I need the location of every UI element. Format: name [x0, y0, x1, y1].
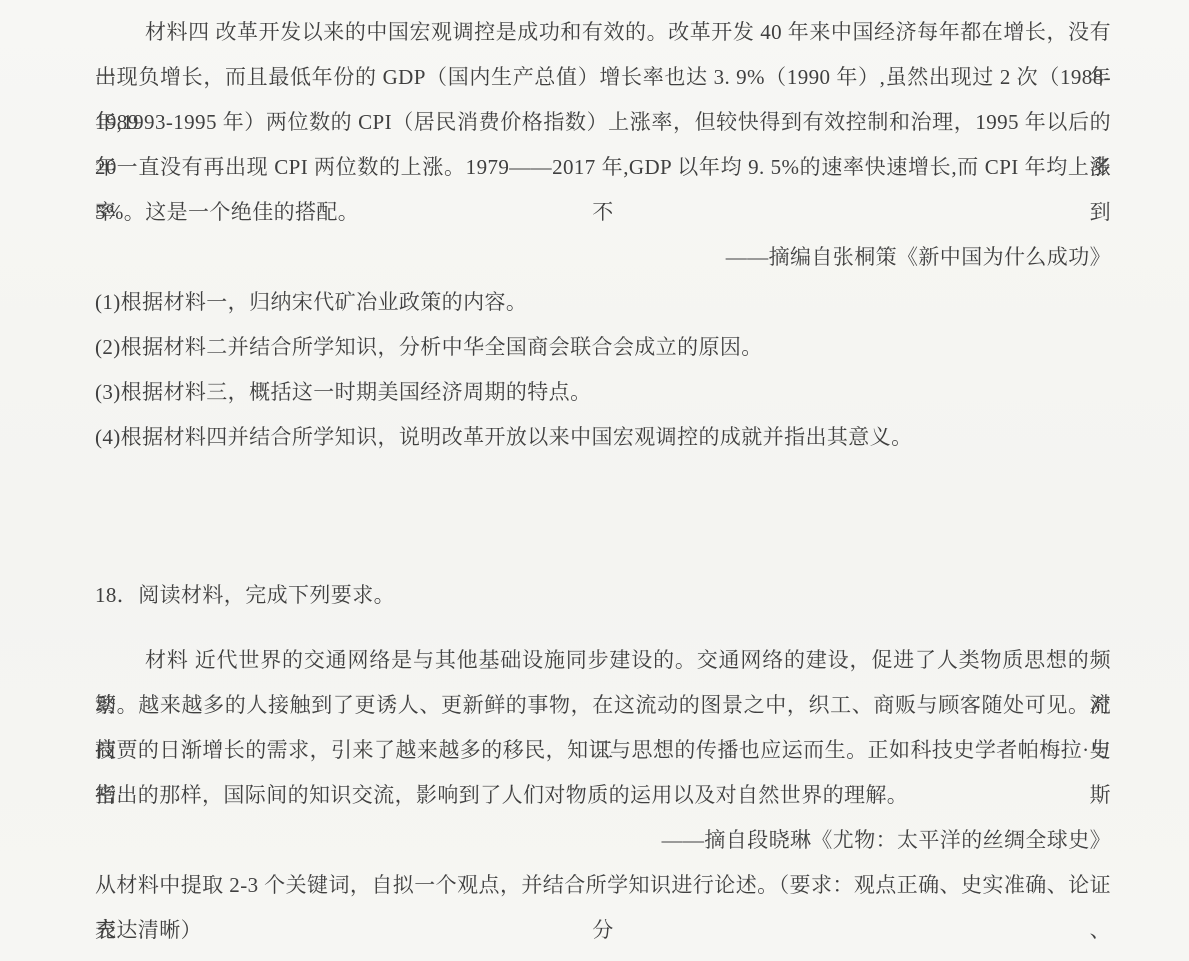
material-4-source-attribution: ——摘编自张桐策《新中国为什么成功》 — [95, 235, 1111, 280]
material-18-source-attribution: ——摘自段晓琳《尤物：太平洋的丝绸全球史》 — [95, 818, 1111, 863]
question-18-material: 材料 近代世界的交通网络是与其他基础设施同步建设的。交通网络的建设，促进了人类物… — [95, 638, 1111, 818]
exam-content: 材料四 改革开发以来的中国宏观调控是成功和有效的。改革开发 40 年来中国经济每… — [95, 10, 1111, 953]
question-18-heading: 18．阅读材料，完成下列要求。 — [95, 573, 1111, 618]
question-18-block: 18．阅读材料，完成下列要求。 材料 近代世界的交通网络是与其他基础设施同步建设… — [95, 573, 1111, 953]
material-18-line-1: 材料 近代世界的交通网络是与其他基础设施同步建设的。交通网络的建设，促进了人类物… — [95, 638, 1111, 683]
sub-question-2: (2)根据材料二并结合所学知识，分析中华全国商会联合会成立的原因。 — [95, 325, 1111, 370]
exam-page: 材料四 改革开发以来的中国宏观调控是成功和有效的。改革开发 40 年来中国经济每… — [0, 0, 1189, 961]
material-4-line-3: 年,1993-1995 年）两位数的 CPI（居民消费价格指数）上涨率，但较快得… — [95, 100, 1111, 145]
material-4-line-4: 年一直没有再出现 CPI 两位数的上涨。1979——2017 年,GDP 以年均… — [95, 145, 1111, 190]
question-18-task-line-1: 从材料中提取 2-3 个关键词，自拟一个观点，并结合所学知识进行论述。（要求：观… — [95, 863, 1111, 908]
sub-question-1: (1)根据材料一，归纳宋代矿冶业政策的内容。 — [95, 280, 1111, 325]
sub-question-3: (3)根据材料三，概括这一时期美国经济周期的特点。 — [95, 370, 1111, 415]
sub-question-4: (4)根据材料四并结合所学知识，说明改革开放以来中国宏观调控的成就并指出其意义。 — [95, 415, 1111, 460]
material-4-line-2: 出现负增长，而且最低年份的 GDP（国内生产总值）增长率也达 3. 9%（199… — [95, 55, 1111, 100]
material-18-line-2: 动。越来越多的人接触到了更诱人、更新鲜的事物，在这流动的图景之中，织工、商贩与顾… — [95, 683, 1111, 728]
material-18-line-3: 商贾的日渐增长的需求，引来了越来越多的移民，知识与思想的传播也应运而生。正如科技… — [95, 728, 1111, 773]
question-17-block: 材料四 改革开发以来的中国宏观调控是成功和有效的。改革开发 40 年来中国经济每… — [95, 10, 1111, 460]
material-4-line-1: 材料四 改革开发以来的中国宏观调控是成功和有效的。改革开发 40 年来中国经济每… — [95, 10, 1111, 55]
